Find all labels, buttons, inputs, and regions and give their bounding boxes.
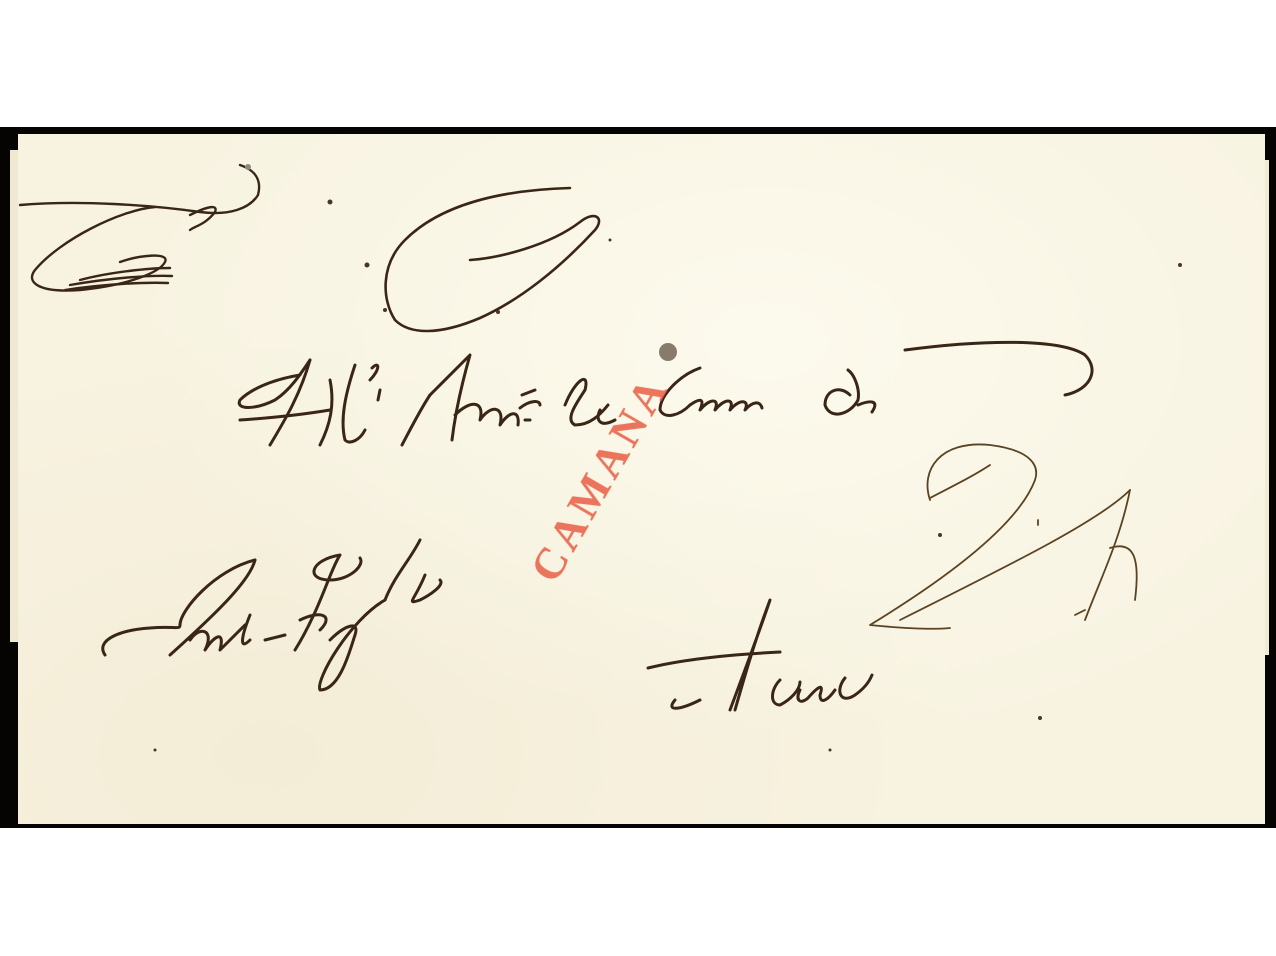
address-line-2-ink	[103, 540, 441, 690]
manuscript-ink	[0, 0, 1276, 956]
destination-ink	[648, 600, 872, 710]
rate-mark-ink	[870, 444, 1137, 628]
top-s-mark	[386, 188, 599, 331]
corner-flourish	[20, 165, 259, 291]
